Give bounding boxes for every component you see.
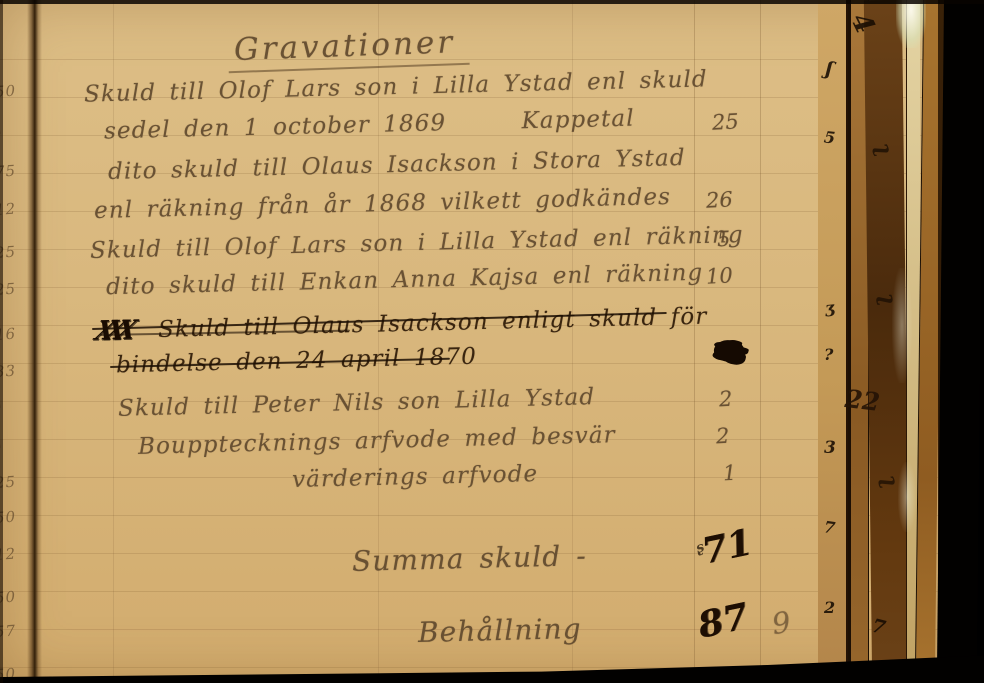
ink-fragment: 3 — [824, 438, 836, 458]
margin-number: 25 — [0, 472, 26, 492]
photo-background — [937, 0, 984, 683]
amount-value: 10 — [705, 263, 733, 288]
margin-number: 50 — [0, 507, 26, 527]
amount-column-line — [760, 0, 761, 683]
margin-number: 12 — [0, 544, 26, 564]
binding-shadow — [27, 0, 42, 683]
margin-number: 16 — [0, 324, 26, 344]
margin-number: 75 — [0, 161, 26, 181]
ink-fragment: ? — [824, 345, 833, 364]
margin-number: 12 — [0, 199, 26, 219]
margin-number: " — [0, 125, 26, 145]
summary-label-total: Summa skuld - — [352, 539, 588, 578]
ink-fragment: ʒ — [824, 298, 835, 318]
amount-value: 2 — [718, 387, 733, 412]
crossout-scribble: XXX — [91, 315, 133, 347]
ruled-line-vertical — [378, 0, 379, 683]
summary-label-balance: Behållning — [418, 612, 582, 649]
ink-fragment: 2 — [824, 598, 835, 617]
amount-value: 1 — [722, 461, 737, 486]
margin-number: 50 — [0, 587, 26, 607]
margin-number: 25 — [0, 279, 26, 299]
amount-value: 5 — [716, 227, 731, 252]
torn-page-strip — [818, 0, 848, 683]
photo-background — [0, 0, 3, 683]
ink-fragment: 22 — [843, 384, 881, 417]
scanned-document: 50 " 75 12 25 25 16 33 " " 25 50 12 50 5… — [0, 0, 984, 683]
margin-number: 33 — [0, 361, 26, 381]
margin-number: " — [0, 439, 26, 459]
ink-fragment: 5 — [823, 127, 836, 147]
photo-background — [0, 0, 984, 4]
margin-number: 50 — [0, 81, 26, 101]
margin-number: " — [0, 399, 26, 419]
amount-value: 26 — [705, 187, 733, 212]
amount-value: 2 — [715, 424, 730, 449]
margin-number: 25 — [0, 242, 26, 262]
amount-column-line — [694, 0, 695, 683]
ledger-line-text2: Kappetal — [521, 106, 635, 135]
page-title: Gravationer — [227, 24, 470, 73]
ruled-line-vertical — [572, 0, 573, 683]
amount-value: 25 — [711, 109, 739, 134]
margin-number: 57 — [0, 621, 26, 641]
